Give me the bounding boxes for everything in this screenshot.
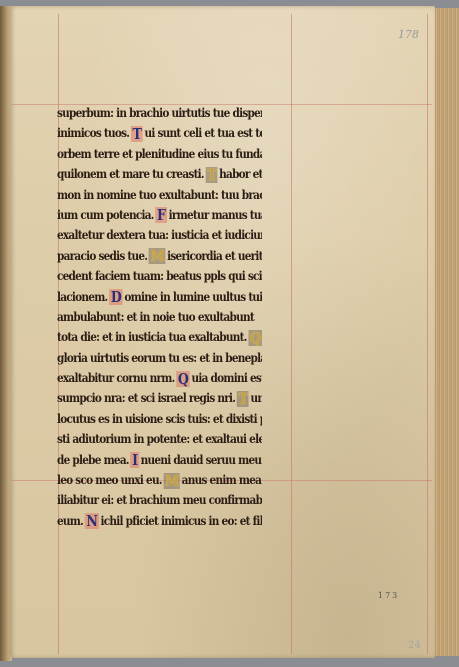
text-line: iliabitur ei: et brachium meu confirmabi… <box>57 490 262 510</box>
line-text: cedent faciem tuam: beatus ppls qui scit… <box>57 268 262 283</box>
line-text: lacionem. <box>57 289 107 304</box>
line-text: orbem terre et plenitudine eius tu funda… <box>57 146 262 161</box>
line-text: ui sunt celi et tua est terra <box>144 125 261 140</box>
ruling-outer <box>427 14 428 654</box>
line-text: mon in nomine tuo exultabunt: tuu brach <box>57 187 262 202</box>
decorated-initial: Q <box>176 371 190 387</box>
text-line: leo sco meo unxi eu.Manus enim mea aux <box>57 470 262 490</box>
line-text: irmetur manus tua <box>169 207 262 222</box>
line-text: exaltabitur cornu nrm. <box>57 370 175 385</box>
line-text: ium cum potencia. <box>57 207 154 222</box>
line-text: omine in lumine uultus tuis <box>124 289 262 304</box>
line-text: unc <box>251 390 262 405</box>
text-line: mon in nomine tuo exultabunt: tuu brach <box>57 185 262 205</box>
text-line: inimicos tuos.Tui sunt celi et tua est t… <box>57 123 262 143</box>
text-line: locutus es in uisione scis tuis: et dixi… <box>57 409 262 429</box>
folio-number-bottom: 173 <box>378 591 399 600</box>
text-line: exaltetur dextera tua: iusticia et iudic… <box>57 225 262 245</box>
decorated-initial: M <box>163 473 180 489</box>
line-text: uia domini est as <box>191 370 261 385</box>
line-text: habor et her <box>219 166 262 181</box>
decorated-initial: Q <box>248 330 262 346</box>
text-line: quilonem et mare tu creasti.Thabor et he… <box>57 164 262 184</box>
text-line: cedent faciem tuam: beatus ppls qui scit… <box>57 266 262 286</box>
text-line: exaltabitur cornu nrm.Quia domini est as <box>57 368 262 388</box>
folio-number-top: 178 <box>398 28 419 41</box>
line-text: nueni dauid seruu meu: o <box>141 452 262 467</box>
line-text: isericordia et ueritas pre <box>167 248 262 263</box>
text-line: paracio sedis tue.Misericordia et uerita… <box>57 246 262 266</box>
decorated-initial: F <box>155 207 167 223</box>
text-line: superbum: in brachio uirtutis tue disper… <box>57 103 262 123</box>
decorated-initial: T <box>205 167 217 183</box>
text-line: orbem terre et plenitudine eius tu funda… <box>57 144 262 164</box>
line-text: quilonem et mare tu creasti. <box>57 166 204 181</box>
line-text: leo sco meo unxi eu. <box>57 472 162 487</box>
text-line: de plebe mea.Inueni dauid seruu meu: o <box>57 450 262 470</box>
shelf-mark: 24 <box>408 640 421 651</box>
line-text: tota die: et in iusticia tua exaltabunt. <box>57 329 247 344</box>
text-line: sti adiutorium in potente: et exaltaui e… <box>57 429 262 449</box>
line-text: exaltetur dextera tua: iusticia et iudic… <box>57 227 262 242</box>
text-line: lacionem.Domine in lumine uultus tuis <box>57 287 262 307</box>
line-text: inimicos tuos. <box>57 125 129 140</box>
decorated-initial: T <box>237 391 249 407</box>
decorated-initial: M <box>149 248 166 264</box>
line-text: sumpcio nra: et sci israel regis nri. <box>57 390 235 405</box>
page-edges <box>435 8 459 656</box>
text-block: superbum: in brachio uirtutis tue disper… <box>57 103 301 531</box>
line-text: iliabitur ei: et brachium meu confirmabi… <box>57 492 262 507</box>
text-line: gloria uirtutis eorum tu es: et in benep… <box>57 348 262 368</box>
line-text: superbum: in brachio uirtutis tue disper… <box>57 105 262 120</box>
text-line: tota die: et in iusticia tua exaltabunt.… <box>57 327 262 347</box>
decorated-initial: D <box>109 289 123 305</box>
line-text: paracio sedis tue. <box>57 248 147 263</box>
text-line: ambulabunt: et in noie tuo exultabunt <box>57 307 262 327</box>
line-text: sti adiutorium in potente: et exaltaui e… <box>57 431 262 446</box>
line-text: gloria uirtutis eorum tu es: et in benep… <box>57 350 262 365</box>
decorated-initial: T <box>131 126 143 142</box>
text-line: eum.Nichil pficiet inimicus in eo: et fi… <box>57 511 262 531</box>
text-line: ium cum potencia.Firmetur manus tua <box>57 205 262 225</box>
decorated-initial: N <box>85 513 99 529</box>
line-text: anus enim mea aux <box>182 472 262 487</box>
line-text: locutus es in uisione scis tuis: et dixi… <box>57 411 262 426</box>
line-text: ichil pficiet inimicus in eo: et filius <box>101 513 262 528</box>
text-line: sumpcio nra: et sci israel regis nri.Tun… <box>57 388 262 408</box>
line-text: eum. <box>57 513 83 528</box>
line-text: ambulabunt: et in noie tuo exultabunt <box>57 309 254 324</box>
decorated-initial: I <box>130 452 139 468</box>
line-text: de plebe mea. <box>57 452 129 467</box>
